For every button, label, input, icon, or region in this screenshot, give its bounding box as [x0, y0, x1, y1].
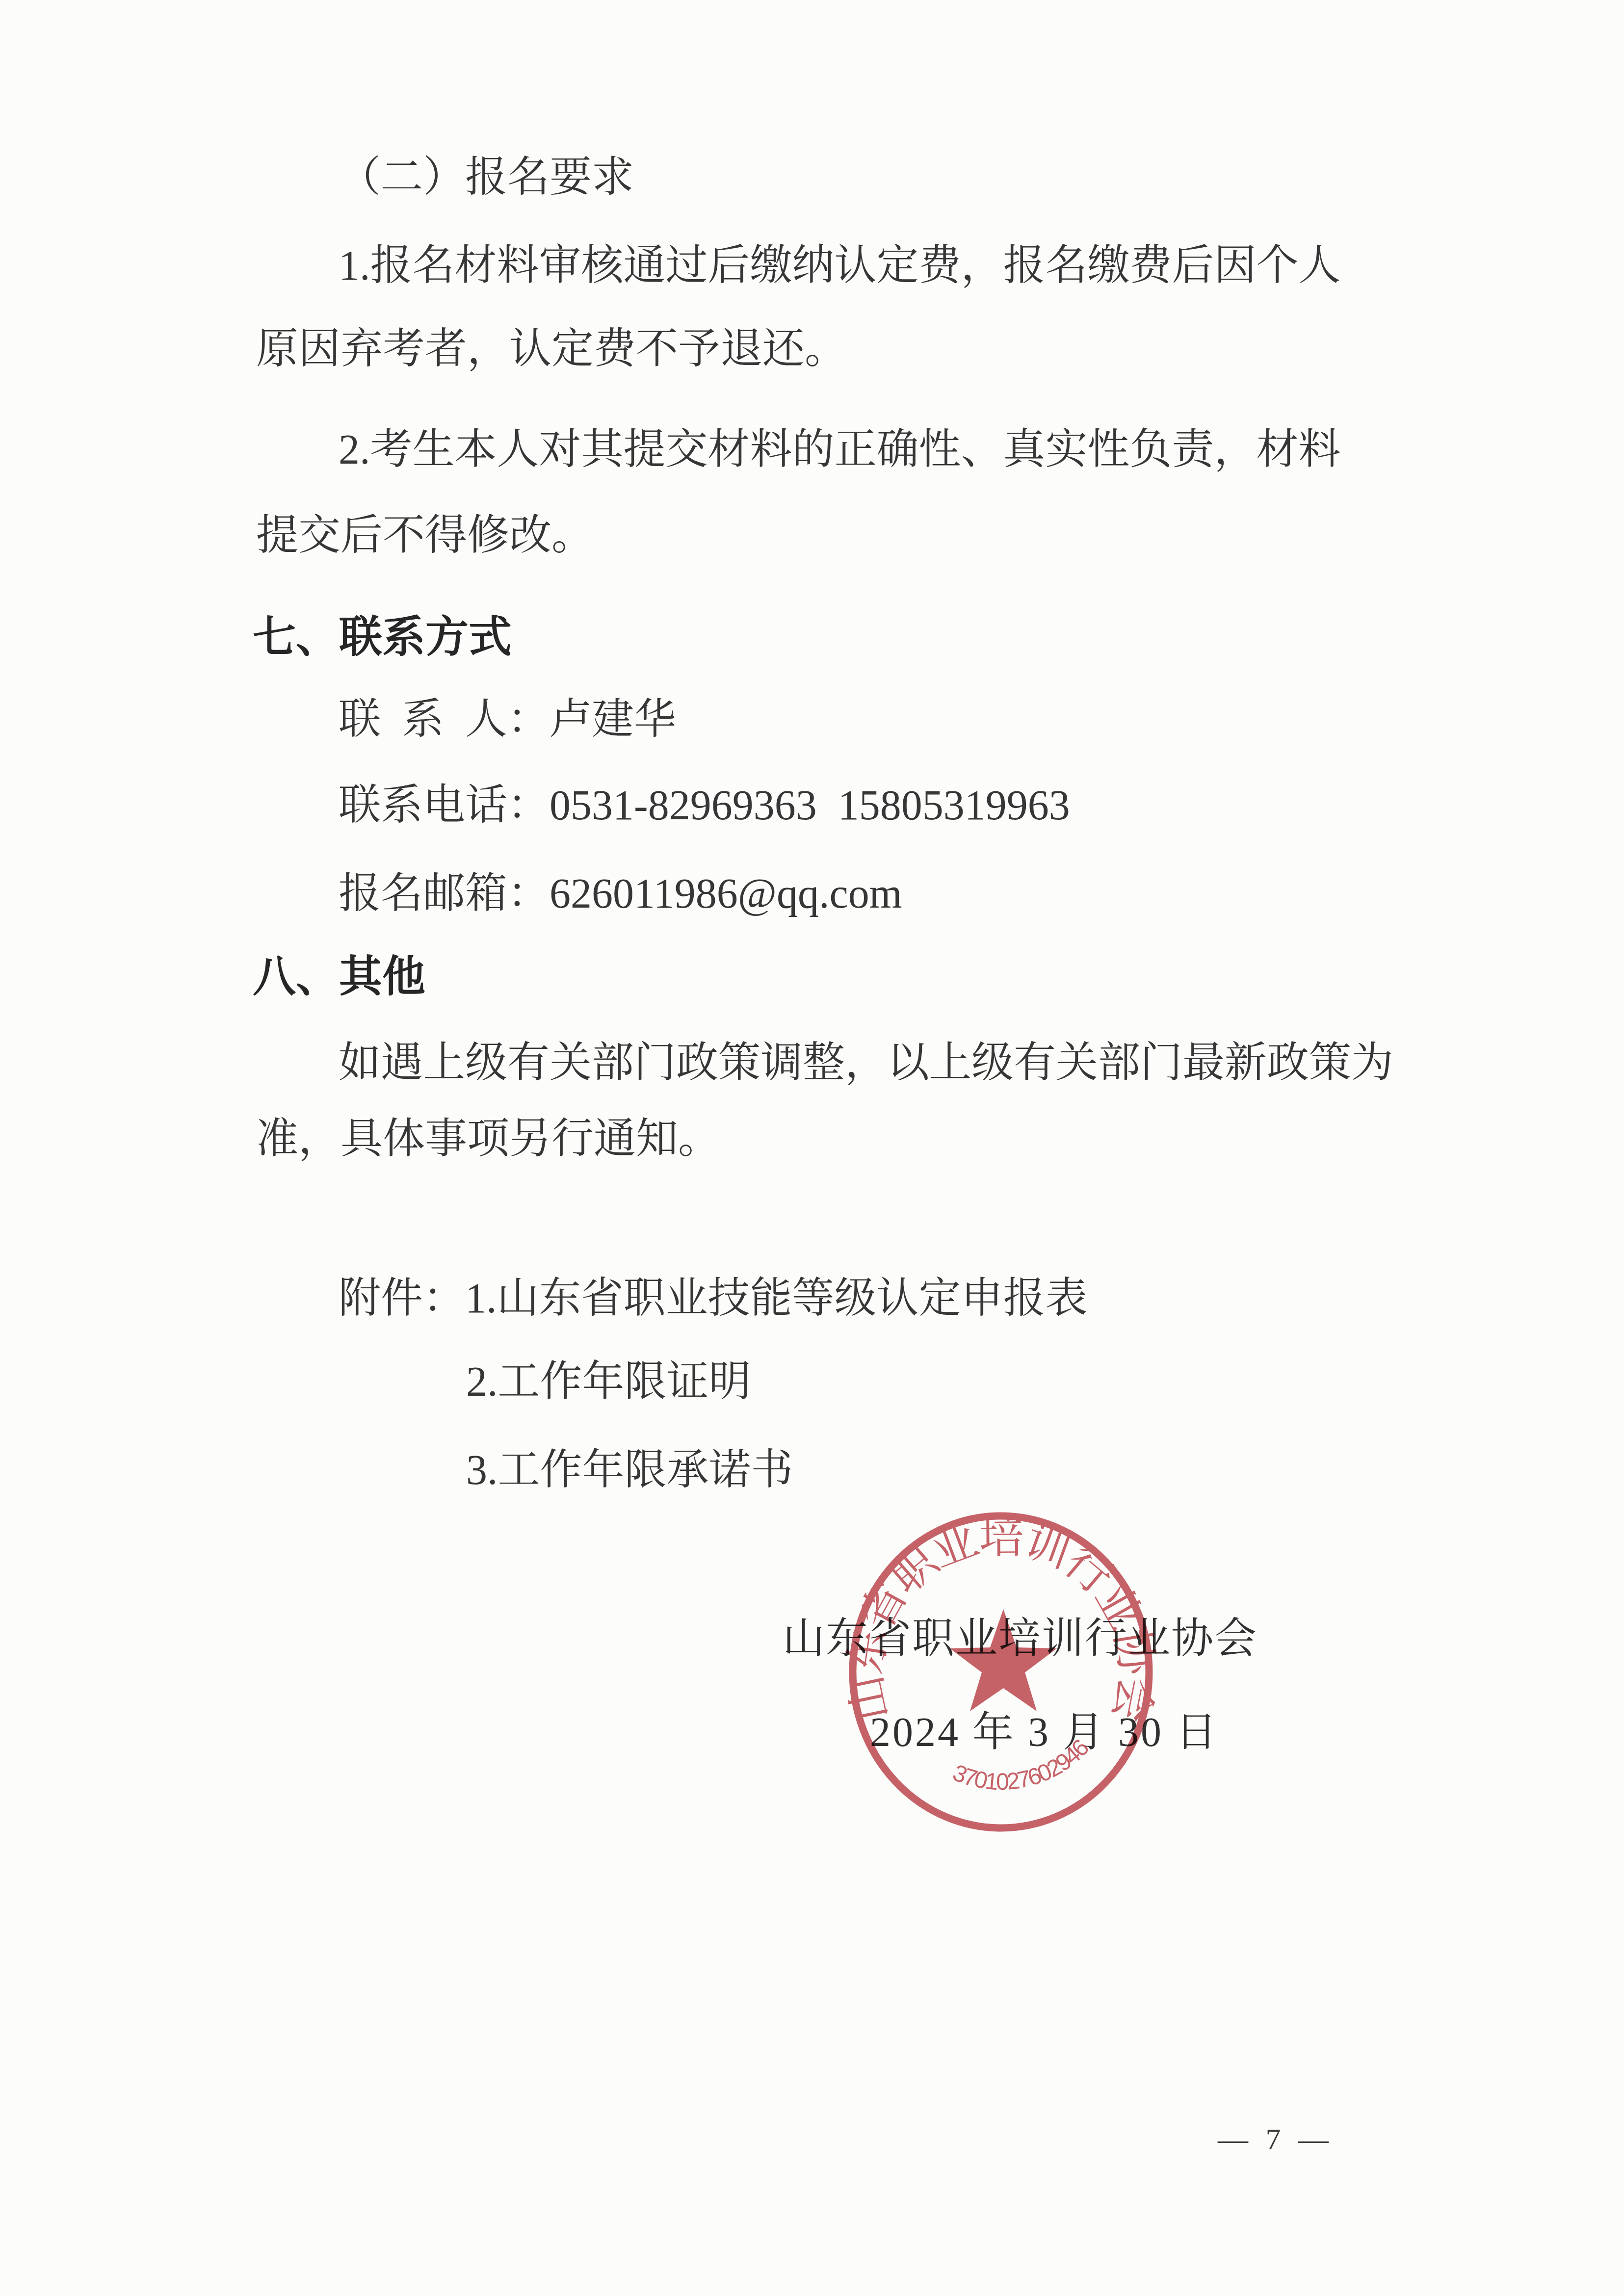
section-7-heading: 七、联系方式	[253, 615, 512, 658]
subsection-heading: （二）报名要求	[339, 156, 634, 198]
paragraph-2-line-1: 2.考生本人对其提交材料的正确性、真实性负责，材料	[339, 428, 1341, 470]
seal-code-label: 3701027602946	[949, 1735, 1094, 1796]
contact-person-line: 联 系 人：卢建华	[339, 698, 676, 740]
attachment-item-2: 2.工作年限证明	[466, 1360, 751, 1403]
section-8-heading: 八、其他	[253, 955, 425, 998]
paragraph-1-line-2: 原因弃考者，认定费不予退还。	[256, 328, 847, 370]
official-seal-stamp: 山东省职业培训行业协会 3701027602946	[840, 1504, 1161, 1840]
contact-phone-line: 联系电话：0531-82969363 15805319963	[339, 784, 1070, 826]
paragraph-1-line-1: 1.报名材料审核通过后缴纳认定费，报名缴费后因个人	[339, 244, 1341, 287]
contact-email-line: 报名邮箱：626011986@qq.com	[339, 872, 902, 914]
paragraph-3-line-1: 如遇上级有关部门政策调整，以上级有关部门最新政策为	[339, 1042, 1393, 1084]
document-page: （二）报名要求 1.报名材料审核通过后缴纳认定费，报名缴费后因个人 原因弃考者，…	[0, 0, 1624, 2296]
paragraph-3-line-2: 准，具体事项另行通知。	[256, 1118, 720, 1160]
attachments-lead-line: 附件：1.山东省职业技能等级认定申报表	[339, 1277, 1088, 1319]
page-number: — 7 —	[1178, 2124, 1374, 2155]
paragraph-2-line-2: 提交后不得修改。	[256, 514, 594, 556]
star-icon	[950, 1609, 1057, 1711]
attachment-item-3: 3.工作年限承诺书	[466, 1449, 793, 1491]
